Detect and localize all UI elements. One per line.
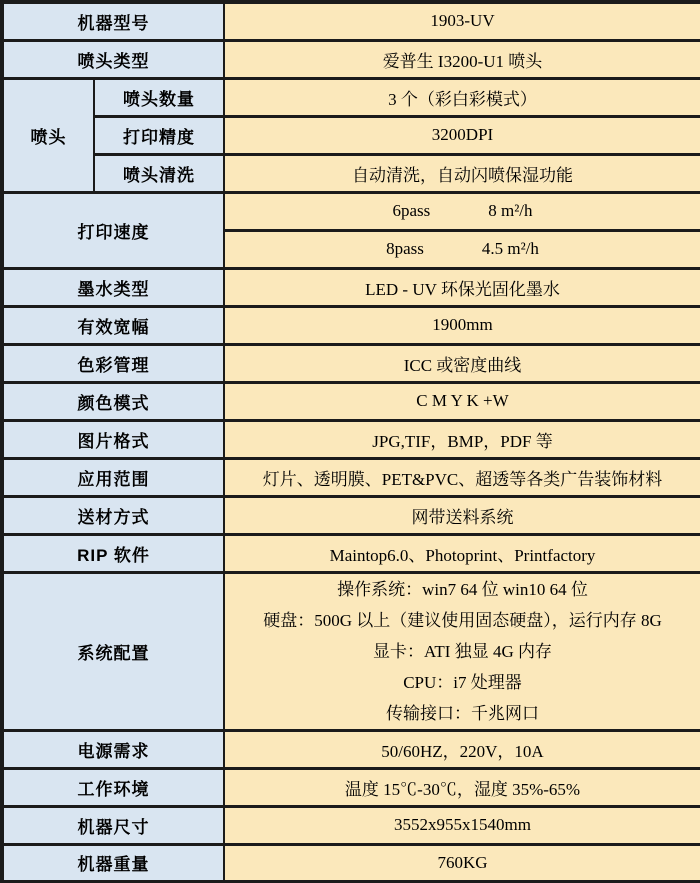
feeding-value: 网带送料系统 (224, 496, 700, 534)
spec-row-power: 电源需求 50/60HZ，220V，10A (2, 730, 700, 768)
environment-value: 温度 15℃-30℃，湿度 35%-65% (224, 768, 700, 806)
dimensions-value: 3552x955x1540mm (224, 806, 700, 844)
power-value: 50/60HZ，220V，10A (224, 730, 700, 768)
head-count-value: 3 个（彩白彩模式） (224, 78, 700, 116)
head-count-label: 喷头数量 (94, 78, 224, 116)
print-speed-8pass-value: 8pass 4.5 m²/h (224, 230, 700, 268)
head-type-value: 爱普生 I3200-U1 喷头 (224, 40, 700, 78)
applications-value: 灯片、透明膜、PET&PVC、超透等各类广告装饰材料 (224, 458, 700, 496)
effective-width-label: 有效宽幅 (2, 306, 224, 344)
print-speed-6pass-value: 6pass 8 m²/h (224, 192, 700, 230)
color-mode-label: 颜色模式 (2, 382, 224, 420)
printhead-group-label: 喷头 (2, 78, 94, 192)
spec-row-rip-software: RIP 软件 Maintop6.0、Photoprint、Printfactor… (2, 534, 700, 572)
color-management-value: ICC 或密度曲线 (224, 344, 700, 382)
environment-label: 工作环境 (2, 768, 224, 806)
image-formats-value: JPG,TIF，BMP，PDF 等 (224, 420, 700, 458)
spec-row-model: 机器型号 1903-UV (2, 2, 700, 40)
spec-row-head-cleaning: 喷头清洗 自动清洗，自动闪喷保湿功能 (2, 154, 700, 192)
spec-row-effective-width: 有效宽幅 1900mm (2, 306, 700, 344)
spec-row-head-count: 喷头 喷头数量 3 个（彩白彩模式） (2, 78, 700, 116)
print-speed-8pass-mode: 8pass (386, 239, 424, 259)
spec-row-head-type: 喷头类型 爱普生 I3200-U1 喷头 (2, 40, 700, 78)
spec-row-ink-type: 墨水类型 LED - UV 环保光固化墨水 (2, 268, 700, 306)
spec-row-environment: 工作环境 温度 15℃-30℃，湿度 35%-65% (2, 768, 700, 806)
system-config-label: 系统配置 (2, 572, 224, 730)
spec-row-applications: 应用范围 灯片、透明膜、PET&PVC、超透等各类广告装饰材料 (2, 458, 700, 496)
print-precision-label: 打印精度 (94, 116, 224, 154)
dimensions-label: 机器尺寸 (2, 806, 224, 844)
print-speed-6pass-mode: 6pass (392, 201, 430, 221)
rip-software-label: RIP 软件 (2, 534, 224, 572)
spec-row-print-speed-6pass: 打印速度 6pass 8 m²/h (2, 192, 700, 230)
system-config-gpu: 显卡：ATI 独显 4G 内存 (229, 636, 696, 667)
print-speed-label: 打印速度 (2, 192, 224, 268)
spec-row-image-formats: 图片格式 JPG,TIF，BMP，PDF 等 (2, 420, 700, 458)
spec-row-color-mode: 颜色模式 C M Y K +W (2, 382, 700, 420)
ink-type-label: 墨水类型 (2, 268, 224, 306)
spec-row-color-management: 色彩管理 ICC 或密度曲线 (2, 344, 700, 382)
spec-sheet-page: 机器型号 1903-UV 喷头类型 爱普生 I3200-U1 喷头 喷头 喷头数… (0, 0, 700, 883)
system-config-value: 操作系统：win7 64 位 win10 64 位 硬盘：500G 以上（建议使… (224, 572, 700, 730)
spec-table: 机器型号 1903-UV 喷头类型 爱普生 I3200-U1 喷头 喷头 喷头数… (0, 0, 700, 883)
system-config-os: 操作系统：win7 64 位 win10 64 位 (229, 574, 696, 605)
system-config-cpu: CPU：i7 处理器 (229, 667, 696, 698)
spec-row-system-config: 系统配置 操作系统：win7 64 位 win10 64 位 硬盘：500G 以… (2, 572, 700, 730)
rip-software-value: Maintop6.0、Photoprint、Printfactory (224, 534, 700, 572)
color-mode-value: C M Y K +W (224, 382, 700, 420)
model-label: 机器型号 (2, 2, 224, 40)
spec-row-weight: 机器重量 760KG (2, 844, 700, 882)
print-speed-8pass-rate: 4.5 m²/h (482, 239, 539, 259)
print-speed-6pass-rate: 8 m²/h (488, 201, 532, 221)
system-config-disk: 硬盘：500G 以上（建议使用固态硬盘），运行内存 8G (229, 605, 696, 636)
print-precision-value: 3200DPI (224, 116, 700, 154)
weight-label: 机器重量 (2, 844, 224, 882)
effective-width-value: 1900mm (224, 306, 700, 344)
weight-value: 760KG (224, 844, 700, 882)
ink-type-value: LED - UV 环保光固化墨水 (224, 268, 700, 306)
spec-row-feeding: 送材方式 网带送料系统 (2, 496, 700, 534)
applications-label: 应用范围 (2, 458, 224, 496)
color-management-label: 色彩管理 (2, 344, 224, 382)
model-value: 1903-UV (224, 2, 700, 40)
image-formats-label: 图片格式 (2, 420, 224, 458)
system-config-port: 传输接口：千兆网口 (229, 698, 696, 729)
spec-row-print-precision: 打印精度 3200DPI (2, 116, 700, 154)
power-label: 电源需求 (2, 730, 224, 768)
feeding-label: 送材方式 (2, 496, 224, 534)
head-type-label: 喷头类型 (2, 40, 224, 78)
spec-row-dimensions: 机器尺寸 3552x955x1540mm (2, 806, 700, 844)
head-cleaning-value: 自动清洗，自动闪喷保湿功能 (224, 154, 700, 192)
head-cleaning-label: 喷头清洗 (94, 154, 224, 192)
